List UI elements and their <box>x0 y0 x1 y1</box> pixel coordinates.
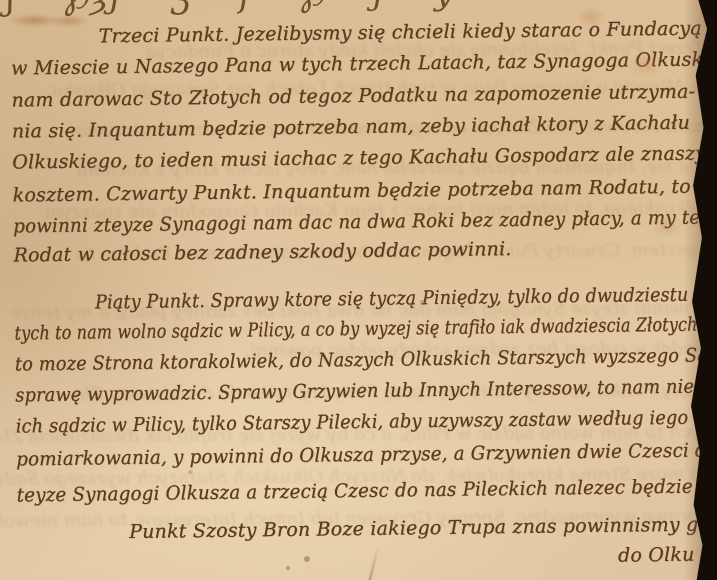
manuscript-line: Rodat w całosci bez zadney szkody oddac … <box>13 238 511 267</box>
manuscript-line: nia się. Inquantum będzie potrzeba nam, … <box>12 112 690 143</box>
manuscript-line: do Olku <box>618 544 695 567</box>
manuscript-line: pomiarkowania, y powinni do Olkusza przy… <box>16 439 717 470</box>
manuscript-line: kosztem. Czwarty Punkt. Inquantum będzie… <box>13 176 691 207</box>
manuscript-line: Punkt Szosty Bron Boze iakiego Trupa zna… <box>17 513 717 545</box>
manuscript-line: Piąty Punkt. Sprawy ktore się tyczą Pini… <box>14 283 717 314</box>
manuscript-line: ich sądzic w Pilicy, tylko Starszy Pilec… <box>16 407 689 438</box>
manuscript-line: Trzeci Punkt. Jezelibysmy się chcieli ki… <box>11 18 702 49</box>
manuscript-line: Olkuskiego, to ieden musi iachac z tego … <box>12 142 717 173</box>
manuscript-line: nam darowac Sto Złotych od tegoz Podatku… <box>11 81 695 112</box>
manuscript-line: tych to nam wolno sądzic w Pilicy, a co … <box>14 314 697 345</box>
manuscript-line: sprawę wyprowadzic. Sprawy Grzywien lub … <box>15 375 717 407</box>
handwritten-text-layer: Trzeci Punkt. Jezelibysmy się chcieli ki… <box>0 0 717 580</box>
manuscript-line: powinni zteyze Synagogi nam dac na dwa R… <box>13 206 717 237</box>
manuscript-line: w Miescie u Naszego Pana w tych trzech L… <box>11 48 715 79</box>
manuscript-line: teyze Synagogi Olkusza a trzecią Czesc d… <box>17 476 693 507</box>
manuscript-line: to moze Strona ktorakolwiek, do Naszych … <box>15 344 717 375</box>
manuscript-page: Trzeci Punkt. Jezelibysmy się chcieli ki… <box>0 0 717 580</box>
